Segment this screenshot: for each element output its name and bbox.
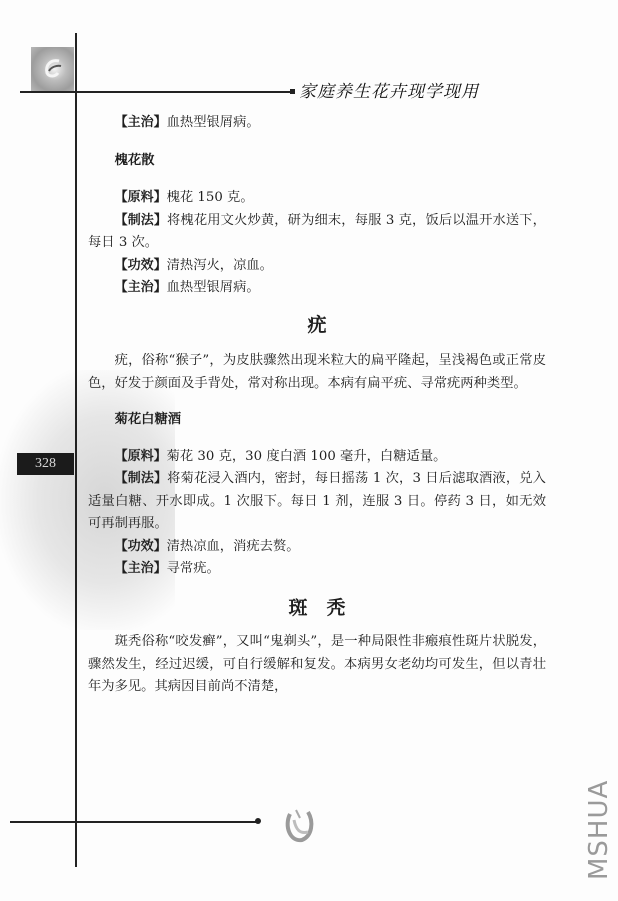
- footer-rule: [10, 821, 258, 823]
- label-tag: 【主治】: [115, 280, 167, 295]
- footer-rule-end: [255, 818, 261, 824]
- label-tag: 【原料】: [115, 449, 167, 464]
- header-rule: [20, 91, 292, 93]
- watermark: MSHUA: [584, 780, 614, 880]
- paragraph-text: 清热泻火，凉血。: [167, 258, 273, 273]
- paragraph-text: 寻常疣。: [167, 561, 220, 576]
- paragraph-method: 【制法】将菊花浸入酒内，密封，每日摇荡 1 次，3 日后滤取酒液，兑入适量白糖、…: [88, 468, 546, 536]
- flower-logo-icon: [31, 47, 74, 91]
- header-rule-end: [290, 89, 295, 94]
- paragraph-text: 菊花 30 克，30 度白酒 100 毫升，白糖适量。: [167, 449, 447, 464]
- page-content: 【主治】血热型银屑病。 槐花散 【原料】槐花 150 克。 【制法】将槐花用文火…: [88, 112, 546, 699]
- label-tag: 【原料】: [115, 190, 167, 205]
- label-tag: 【功效】: [115, 539, 167, 554]
- paragraph-text: 血热型银屑病。: [167, 280, 260, 295]
- leaf-logo-icon: [282, 806, 316, 850]
- paragraph-indication: 【主治】寻常疣。: [88, 558, 546, 581]
- section-title: 斑 秃: [88, 597, 546, 620]
- running-title: 家庭养生花卉现学现用: [299, 77, 479, 102]
- label-tag: 【主治】: [115, 115, 167, 130]
- paragraph-text: 血热型银屑病。: [167, 115, 260, 130]
- recipe-title: 菊花白糖酒: [88, 409, 546, 432]
- paragraph-effect: 【功效】清热泻火，凉血。: [88, 255, 546, 278]
- paragraph-ingredients: 【原料】菊花 30 克，30 度白酒 100 毫升，白糖适量。: [88, 446, 546, 469]
- paragraph-effect: 【功效】清热凉血，消疣去赘。: [88, 536, 546, 559]
- label-tag: 【功效】: [115, 258, 167, 273]
- page-number: 328: [17, 453, 74, 475]
- book-page: 家庭养生花卉现学现用 328 【主治】血热型银屑病。 槐花散 【原料】槐花 15…: [0, 0, 618, 901]
- margin-vertical-rule: [75, 33, 77, 867]
- label-tag: 【主治】: [115, 561, 167, 576]
- label-tag: 【制法】: [115, 471, 168, 486]
- paragraph-method: 【制法】将槐花用文火炒黄，研为细末，每服 3 克，饭后以温开水送下，每日 3 次…: [88, 210, 546, 255]
- label-tag: 【制法】: [115, 213, 167, 228]
- paragraph-indication: 【主治】血热型银屑病。: [88, 112, 546, 135]
- section-intro: 斑秃俗称“咬发癣”，又叫“鬼剃头”，是一种局限性非瘢痕性斑片状脱发，骤然发生，经…: [88, 631, 546, 699]
- paragraph-indication: 【主治】血热型银屑病。: [88, 277, 546, 300]
- paragraph-text: 槐花 150 克。: [167, 190, 254, 205]
- paragraph-text: 清热凉血，消疣去赘。: [167, 539, 300, 554]
- section-intro: 疣，俗称“猴子”，为皮肤骤然出现米粒大的扁平隆起，呈浅褐色或正常皮色，好发于颜面…: [88, 350, 546, 395]
- section-title: 疣: [88, 314, 546, 337]
- recipe-title: 槐花散: [88, 150, 546, 173]
- paragraph-ingredients: 【原料】槐花 150 克。: [88, 187, 546, 210]
